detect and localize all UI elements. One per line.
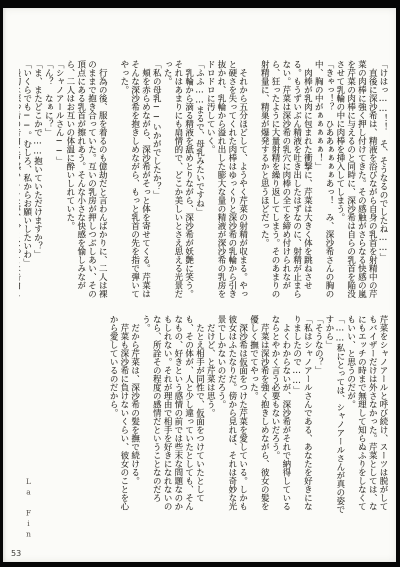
paragraph: 乳輪から滴る精液を舐めとりながら、深沙希が妖艶に笑う。それはあまりにも扇情的で、… bbox=[161, 60, 193, 304]
paragraph: 「ん？ なぁに？」 bbox=[43, 60, 54, 304]
paragraph: 直後に深沙希は、精液を浴びながら自身の乳首を射精中の芹菜の肉棒に強く押し付けてき… bbox=[334, 60, 377, 304]
lower-text-band: 芹菜をシャノアールと呼び続け、スーツは脱がしてもバイザーだけは外さなかった。芹菜… bbox=[19, 315, 388, 517]
paragraph: 芹菜は深沙希を強く抱きしめながら、彼女の髪を優しく撫でてやった。 bbox=[248, 315, 270, 517]
paragraph: それから五分ほどして、ようやく芹菜の射精が収まる。やっと硬さを失ってくれた肉棒は… bbox=[204, 60, 247, 304]
paragraph: だから芹菜は、深沙希の髪を撫で続ける。 bbox=[129, 315, 140, 517]
paragraph: 「けはっ……！！ そ、そうなるのでしたね……」 bbox=[377, 60, 388, 304]
paragraph: 芹菜も深沙希に負けないくらい、彼女のことを心から愛しているのだから。 bbox=[107, 315, 129, 517]
paragraph: 「ま、またどこかで……抱いていただけますか？」 bbox=[32, 60, 43, 304]
paragraph: 「そうなの？」 bbox=[312, 315, 323, 517]
scan-border: 「けはっ……！！ そ、そうなるのでしたね……」 直後に深沙希は、精液を浴びながら… bbox=[0, 0, 400, 567]
paragraph: 芹菜をシャノアールと呼び続け、スーツは脱がしてもバイザーだけは外さなかった。芹菜… bbox=[345, 315, 388, 517]
paragraph: 最初は深沙希の告白に戸惑いもしたが、今となっては告白してもらえたと心から思える。… bbox=[19, 60, 21, 304]
paragraph: 頬を赤らめながら、深沙希がそっと体を寄せてくる。芹菜はそんな深沙希を抱きしめなが… bbox=[118, 60, 150, 304]
paragraph: 「きゃっ！？ ひああぁぁぁぁあっ！ み、深沙希さんの胸の中、胸の中がぁぁぁぁぁ！… bbox=[312, 60, 334, 304]
paragraph: 行為の後、服を着るのも億劫だと言わんばかりに、二人は裸のままで抱き合っていた。互… bbox=[64, 60, 107, 304]
paragraph: たとえ相手が同性で、仮面をつけていたとしても、その体が、人と少し違っていたとして… bbox=[140, 315, 205, 517]
paragraph: 「ふふ……まるで、母乳みたいですね」 bbox=[194, 60, 205, 304]
paragraph: よくわからないが、深沙希がそれで納得しているならとやかく言う必要もないだろう。 bbox=[269, 315, 291, 517]
paragraph: 「……私にとっては、シャノアールさんが真の姿ですから」 bbox=[323, 315, 345, 517]
paragraph: 「私の母乳──いかがでしたか？」 bbox=[150, 60, 161, 304]
paragraph: だけど、と芹菜は思う。 bbox=[204, 315, 215, 517]
page-number: 53 bbox=[11, 549, 21, 558]
paragraph: 「シャノアールさん──」 bbox=[53, 60, 64, 304]
paragraph: 「いくらでも──。むしろ、私からお願いしたいわ」 bbox=[21, 60, 32, 304]
upper-text-band: 「けはっ……！！ そ、そうなるのでしたね……」 直後に深沙希は、精液を浴びながら… bbox=[19, 60, 388, 304]
paragraph: 深沙希は仮面をつけた芹菜を愛している。しかも彼女はふたなりだ。傍から見れば、それ… bbox=[215, 315, 247, 517]
paragraph: 肉棒が乳肉に包まれた衝撃に、芹菜は大きく体を跳ねさせる。もうずいぶん精液を吐き出… bbox=[258, 60, 312, 304]
paragraph: 「私はシャノアールさんである、あなたを好きになりましたので……」 bbox=[291, 315, 313, 517]
book-page: 「けはっ……！！ そ、そうなるのでしたね……」 直後に深沙希は、精液を浴びながら… bbox=[3, 8, 396, 562]
running-title-la-fin: La Fin bbox=[24, 477, 33, 540]
